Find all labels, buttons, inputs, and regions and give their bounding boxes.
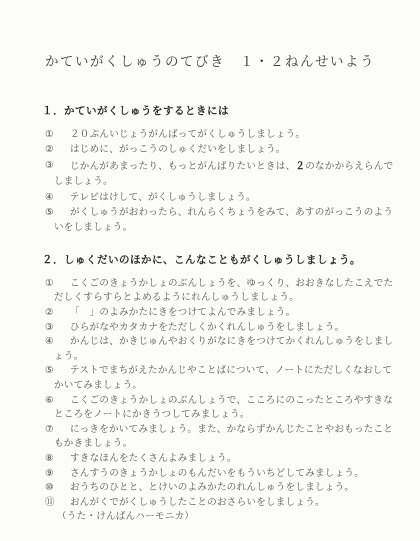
item-text: おんがくでがくしゅうしたことのおさらいをしましょう。 <box>70 498 325 508</box>
item-number: ① <box>45 128 54 143</box>
item-text: がくしゅうがおわったら、れんらくちょうをみて、あすのがっこうのよういをしましょう… <box>54 208 393 233</box>
list-item: ①２０ぷんいじょうがんばってがくしゅうしましょう。 <box>0 128 420 143</box>
list-item: ⑦にっきをかいてみましょう。また、かならずかんじたことやおもったこともかきましょ… <box>0 423 420 452</box>
list-item: ⑧すきなほんをたくさんよみましょう。 <box>0 452 420 467</box>
document-page: かていがくしゅうのてびき １・２ねんせいよう １．かていがくしゅうをするときには… <box>0 0 420 541</box>
item-number: ③ <box>45 159 54 174</box>
list-item: ②はじめに、がっこうのしゅくだいをしましょう。 <box>0 143 420 158</box>
list-item: ③ひらがなやカタカナをただしくかくれんしゅうをしましょう。 <box>0 321 420 336</box>
item-text: テストでまちがえたかんじやことばについて、ノートにただしくなおしてかいてみましょ… <box>54 366 392 391</box>
item-number: ④ <box>45 335 54 350</box>
list-item: ⑨さんすうのきょうかしょのもんだいをもういちどしてみましょう。 <box>0 467 420 482</box>
item-text: さんすうのきょうかしょのもんだいをもういちどしてみましょう。 <box>70 469 364 479</box>
list-item: ⑥こくごのきょうかしょのぶんしょうで、こころにのこったところやすきなところをノー… <box>0 394 420 423</box>
item-text: ひらがなやカタカナをただしくかくれんしゅうをしましょう。 <box>70 323 344 333</box>
item-text: ２０ぷんいじょうがんばってがくしゅうしましょう。 <box>70 130 305 140</box>
list-item: ⑩おうちのひとと、とけいのよみかたのれんしゅうをしましょう。 <box>0 481 420 496</box>
list-item: ③じかんがあまったり、もっとがんばりたいときは、２のなかからえらんでしましょう。 <box>0 159 420 191</box>
item-number: ⑦ <box>45 423 54 438</box>
item-number: ⑨ <box>45 467 54 482</box>
list-item: ④テレビはけして、がくしゅうしましょう。 <box>0 191 420 206</box>
item-text: すきなほんをたくさんよみましょう。 <box>70 454 237 464</box>
item-number: ② <box>45 306 54 321</box>
item-text: テレビはけして、がくしゅうしましょう。 <box>70 193 256 203</box>
item-number: ⑤ <box>45 206 54 221</box>
item-number: ④ <box>45 191 54 206</box>
item-number: ⑥ <box>45 394 54 409</box>
section1-heading: １．かていがくしゅうをするときには <box>0 103 420 118</box>
item-number: ③ <box>45 321 54 336</box>
item-text: 「 」のよみかたにきをつけてよんでみましょう。 <box>70 308 295 318</box>
item-text: にっきをかいてみましょう。また、かならずかんじたことやおもったこともかきましょう… <box>54 425 393 450</box>
section2-list: ①こくごのきょうかしょのぶんしょうを、ゆっくり、おおきなしたこえでただしくすらす… <box>0 277 420 525</box>
item-text: かんじは、かきじゅんやおくりがなにきをつけてかくれんしゅうをしましょう。 <box>54 337 393 362</box>
item-text: はじめに、がっこうのしゅくだいをしましょう。 <box>70 145 286 155</box>
item-text: こくごのきょうかしょのぶんしょうを、ゆっくり、おおきなしたこえでただしくすらすら… <box>54 279 393 304</box>
item-number: ⑩ <box>45 481 54 496</box>
item-text: おうちのひとと、とけいのよみかたのれんしゅうをしましょう。 <box>70 483 354 493</box>
item-number: ⑤ <box>45 364 54 379</box>
document-title: かていがくしゅうのてびき １・２ねんせいよう <box>0 50 420 70</box>
item-number: ⑪ <box>45 496 55 511</box>
list-item: ①こくごのきょうかしょのぶんしょうを、ゆっくり、おおきなしたこえでただしくすらす… <box>0 277 420 306</box>
item-text: じかんがあまったり、もっとがんばりたいときは、 <box>70 162 295 172</box>
bold-section-reference: ２ <box>295 161 305 172</box>
list-item: ④かんじは、かきじゅんやおくりがなにきをつけてかくれんしゅうをしましょう。 <box>0 335 420 364</box>
item-text: こくごのきょうかしょのぶんしょうで、こころにのこったところやすきなところをノート… <box>54 396 393 421</box>
section1-list: ①２０ぷんいじょうがんばってがくしゅうしましょう。 ②はじめに、がっこうのしゅく… <box>0 128 420 237</box>
list-item: ⑤がくしゅうがおわったら、れんらくちょうをみて、あすのがっこうのよういをしましょ… <box>0 206 420 237</box>
list-item: ⑪おんがくでがくしゅうしたことのおさらいをしましょう。 <box>0 496 420 511</box>
item-note: （うた・けんばんハーモニカ） <box>0 510 420 525</box>
list-item: ⑤テストでまちがえたかんじやことばについて、ノートにただしくなおしてかいてみまし… <box>0 364 420 393</box>
item-number: ② <box>45 143 54 158</box>
item-number: ① <box>45 277 54 292</box>
item-number: ⑧ <box>45 452 54 467</box>
list-item: ②「 」のよみかたにきをつけてよんでみましょう。 <box>0 306 420 321</box>
section2-heading: ２．しゅくだいのほかに、こんなこともがくしゅうしましょう。 <box>0 252 420 267</box>
